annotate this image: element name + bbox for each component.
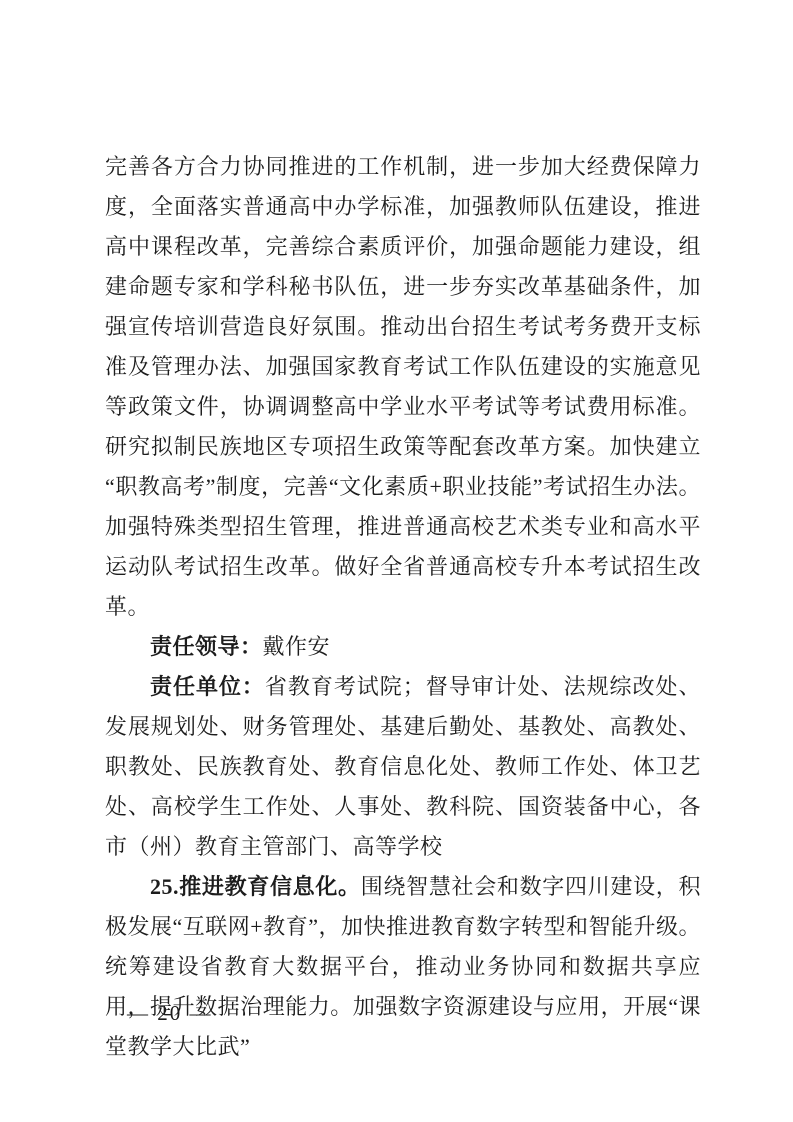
item-25-body: 围绕智慧社会和数字四川建设，积极发展“互联网+教育”，加快推进教育数字转型和智能… [105,874,701,1059]
responsible-leader-label: 责任领导： [150,634,263,659]
paragraph-responsible-units: 责任单位：省教育考试院；督导审计处、法规综改处、发展规划处、财务管理处、基建后勤… [105,667,701,867]
document-page: 完善各方合力协同推进的工作机制，进一步加大经费保障力度，全面落实普通高中办学标准… [0,0,793,1122]
item-25-heading: 25.推进教育信息化。 [150,874,361,899]
page-number: — 20 — [127,996,213,1030]
document-body: 完善各方合力协同推进的工作机制，进一步加大经费保障力度，全面落实普通高中办学标准… [105,147,701,1067]
responsible-units-label: 责任单位： [150,674,265,699]
responsible-leader-name: 戴作安 [263,634,331,659]
paragraph-responsible-leader: 责任领导：戴作安 [105,627,701,667]
paragraph-continuation-exam-reform: 完善各方合力协同推进的工作机制，进一步加大经费保障力度，全面落实普通高中办学标准… [105,147,701,627]
paragraph-item-25-education-informatization: 25.推进教育信息化。围绕智慧社会和数字四川建设，积极发展“互联网+教育”，加快… [105,867,701,1067]
responsible-units-list: 省教育考试院；督导审计处、法规综改处、发展规划处、财务管理处、基建后勤处、基教处… [105,674,701,859]
